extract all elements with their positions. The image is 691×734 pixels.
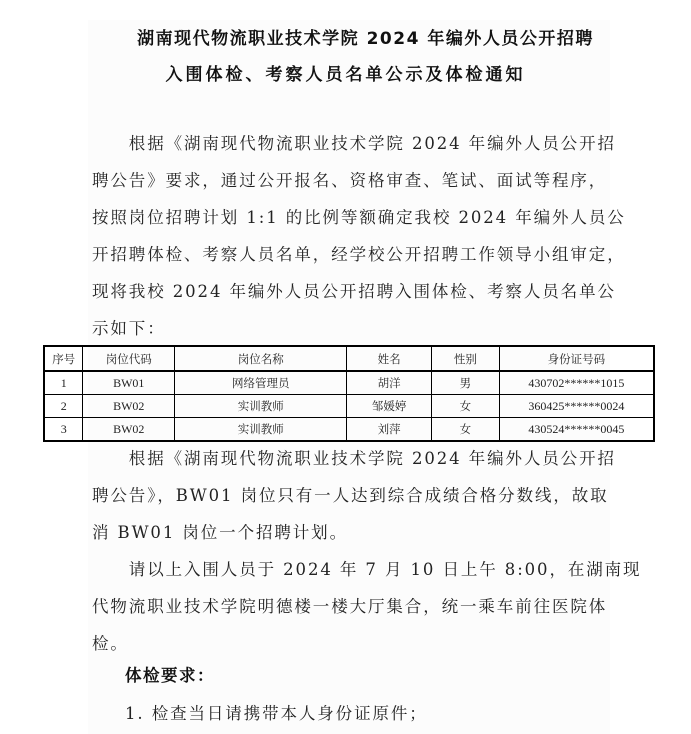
plan-cancellation-paragraph: 根据《湖南现代物流职业技术学院 2024 年编外人员公开招 聘公告》，BW01 … — [92, 440, 612, 551]
table-header-row: 序号 岗位代码 岗位名称 姓名 性别 身份证号码 — [44, 346, 654, 371]
cell-gender: 女 — [432, 418, 500, 442]
text-line: 检。 — [92, 625, 612, 662]
cell-position-code: BW02 — [83, 418, 175, 442]
text-line: 聘公告》，BW01 岗位只有一人达到综合成绩合格分数线，故取 — [92, 477, 612, 514]
cell-gender: 男 — [432, 371, 500, 395]
cell-position-name: 网络管理员 — [175, 371, 347, 395]
text-line: 现将我校 2024 年编外人员公开招聘入围体检、考察人员名单公 — [92, 273, 612, 310]
document-title-line-2: 入围体检、考察人员名单公示及体检通知 — [0, 60, 691, 85]
header-position-name: 岗位名称 — [175, 346, 347, 371]
cell-index: 2 — [44, 395, 83, 418]
cell-id-number: 430702******1015 — [499, 371, 654, 395]
table-row: 1 BW01 网络管理员 胡洋 男 430702******1015 — [44, 371, 654, 395]
cell-position-code: BW02 — [83, 395, 175, 418]
requirement-item: 1. 检查当日请携带本人身份证原件； — [125, 700, 428, 724]
cell-name: 邹媛婷 — [347, 395, 432, 418]
table-row: 3 BW02 实训教师 刘萍 女 430524******0045 — [44, 418, 654, 442]
text-line: 根据《湖南现代物流职业技术学院 2024 年编外人员公开招 — [92, 440, 612, 477]
cell-id-number: 360425******0024 — [499, 395, 654, 418]
cell-name: 刘萍 — [347, 418, 432, 442]
text-line: 根据《湖南现代物流职业技术学院 2024 年编外人员公开招 — [92, 125, 612, 162]
candidate-table: 序号 岗位代码 岗位名称 姓名 性别 身份证号码 1 BW01 网络管理员 胡洋… — [43, 345, 655, 442]
table-row: 2 BW02 实训教师 邹媛婷 女 360425******0024 — [44, 395, 654, 418]
text-line: 消 BW01 岗位一个招聘计划。 — [92, 514, 612, 551]
text-line: 开招聘体检、考察人员名单，经学校公开招聘工作领导小组审定， — [92, 236, 612, 273]
cell-position-name: 实训教师 — [175, 418, 347, 442]
assembly-paragraph: 请以上入围人员于 2024 年 7 月 10 日上午 8:00，在湖南现 代物流… — [92, 551, 612, 662]
text-line: 代物流职业技术学院明德楼一楼大厅集合，统一乘车前往医院体 — [92, 588, 612, 625]
cell-name: 胡洋 — [347, 371, 432, 395]
header-name: 姓名 — [347, 346, 432, 371]
requirements-heading: 体检要求： — [125, 662, 215, 686]
text-line: 按照岗位招聘计划 1:1 的比例等额确定我校 2024 年编外人员公 — [92, 199, 612, 236]
text-line: 示如下： — [92, 310, 612, 347]
cell-index: 3 — [44, 418, 83, 442]
header-gender: 性别 — [432, 346, 500, 371]
header-id-number: 身份证号码 — [499, 346, 654, 371]
header-position-code: 岗位代码 — [83, 346, 175, 371]
header-index: 序号 — [44, 346, 83, 371]
text-line: 请以上入围人员于 2024 年 7 月 10 日上午 8:00，在湖南现 — [92, 551, 612, 588]
document-title-line-1: 湖南现代物流职业技术学院 2024 年编外人员公开招聘 — [20, 24, 691, 49]
cell-id-number: 430524******0045 — [499, 418, 654, 442]
cell-gender: 女 — [432, 395, 500, 418]
cell-position-name: 实训教师 — [175, 395, 347, 418]
cell-position-code: BW01 — [83, 371, 175, 395]
text-line: 聘公告》要求，通过公开报名、资格审查、笔试、面试等程序， — [92, 162, 612, 199]
cell-index: 1 — [44, 371, 83, 395]
intro-paragraph: 根据《湖南现代物流职业技术学院 2024 年编外人员公开招 聘公告》要求，通过公… — [92, 125, 612, 347]
